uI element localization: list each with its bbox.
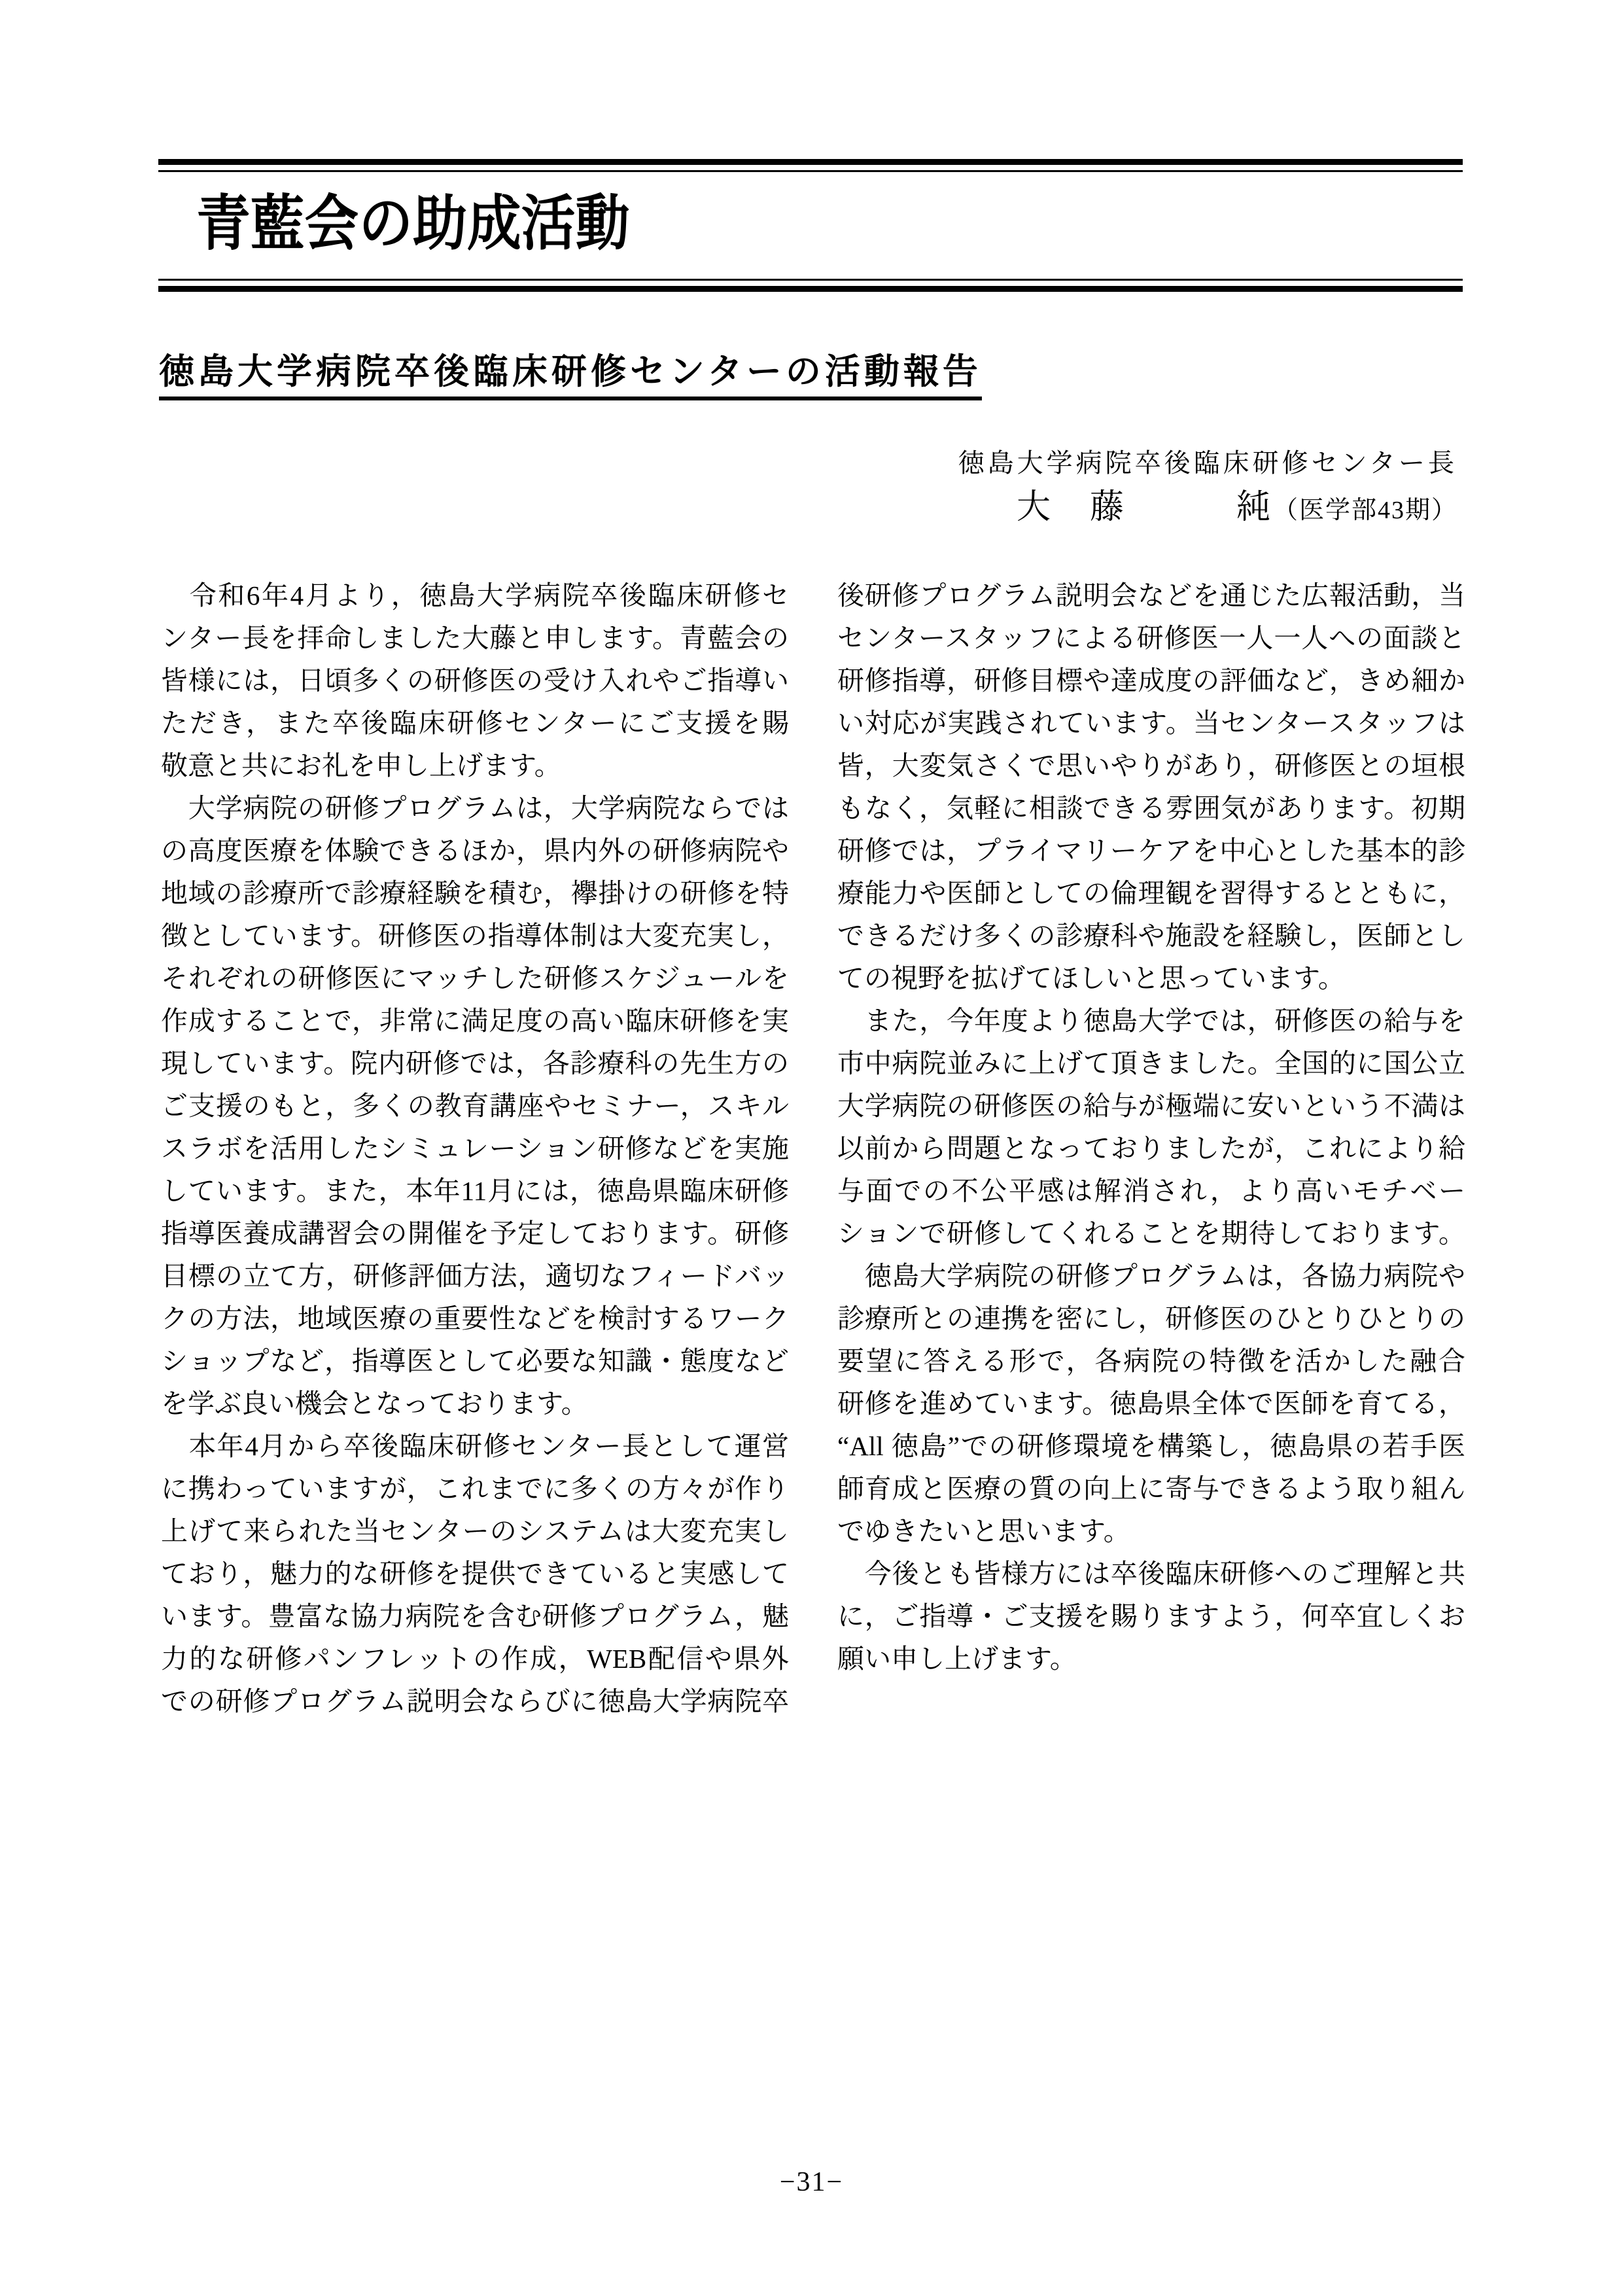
text-line: 本年4月から卒後臨床研修センター長として運営 bbox=[161, 1425, 789, 1468]
text-line: 療能力や医師としての倫理観を習得するとともに， bbox=[837, 872, 1465, 915]
text-line: ご支援のもと，多くの教育講座やセミナー，スキル bbox=[161, 1085, 789, 1127]
text-line: 大学病院の研修医の給与が極端に安いという不満は bbox=[837, 1085, 1465, 1127]
text-line: 大学病院の研修プログラムは，大学病院ならでは bbox=[161, 787, 789, 830]
text-line: クの方法，地域医療の重要性などを検討するワーク bbox=[161, 1298, 789, 1340]
text-line: 与面での不公平感は解消され，より高いモチベー bbox=[837, 1170, 1465, 1212]
header-rule-bottom-thick bbox=[158, 286, 1463, 292]
text-line: 以前から問題となっておりましたが，これにより給 bbox=[837, 1127, 1465, 1170]
text-line: 皆，大変気さくで思いやりがあり，研修医との垣根 bbox=[837, 745, 1465, 787]
text-line: それぞれの研修医にマッチした研修スケジュールを bbox=[161, 957, 789, 1000]
text-line: ショップなど，指導医として必要な知識・態度など bbox=[161, 1340, 789, 1383]
text-line: 敬意と共にお礼を申し上げます。 bbox=[161, 745, 789, 787]
text-line: 徴としています。研修医の指導体制は大変充実し， bbox=[161, 915, 789, 957]
text-line: 市中病院並みに上げて頂きました。全国的に国公立 bbox=[837, 1042, 1465, 1085]
text-line: 令和6年4月より，徳島大学病院卒後臨床研修セ bbox=[161, 574, 789, 617]
text-line: ンター長を拝命しました大藤と申します。青藍会の bbox=[161, 617, 789, 660]
text-line: 力的な研修パンフレットの作成，WEB配信や県外 bbox=[161, 1638, 789, 1680]
text-line: スラボを活用したシミュレーション研修などを実施 bbox=[161, 1127, 789, 1170]
text-line: 師育成と医療の質の向上に寄与できるよう取り組ん bbox=[837, 1468, 1465, 1510]
text-line: ションで研修してくれることを期待しております。 bbox=[837, 1212, 1465, 1255]
text-line: 地域の診療所で診療経験を積む，襷掛けの研修を特 bbox=[161, 872, 789, 915]
text-line: 上げて来られた当センターのシステムは大変充実し bbox=[161, 1510, 789, 1553]
text-line: 研修指導，研修目標や達成度の評価など，きめ細か bbox=[837, 660, 1465, 702]
author-note: （医学部43期） bbox=[1273, 497, 1457, 524]
text-line: に携わっていますが，これまでに多くの方々が作り bbox=[161, 1468, 789, 1510]
text-line: ており，魅力的な研修を提供できていると実感して bbox=[161, 1553, 789, 1595]
author-block: 徳島大学病院卒後臨床研修センター長 大 藤 純（医学部43期） bbox=[958, 449, 1457, 526]
page: 青藍会の助成活動 徳島大学病院卒後臨床研修センターの活動報告 徳島大学病院卒後臨… bbox=[0, 0, 1623, 2296]
text-line: 願い申し上げます。 bbox=[837, 1638, 1465, 1680]
text-line: 今後とも皆様方には卒後臨床研修へのご理解と共 bbox=[837, 1553, 1465, 1595]
left-column: 令和6年4月より，徳島大学病院卒後臨床研修センター長を拝命しました大藤と申します… bbox=[161, 574, 789, 1723]
text-line: 現しています。院内研修では，各診療科の先生方の bbox=[161, 1042, 789, 1085]
text-line: もなく，気軽に相談できる雰囲気があります。初期 bbox=[837, 787, 1465, 830]
text-line: ただき，また卒後臨床研修センターにご支援を賜り， bbox=[161, 702, 789, 745]
text-line: 診療所との連携を密にし，研修医のひとりひとりの bbox=[837, 1298, 1465, 1340]
header-rule-bottom-thin bbox=[158, 279, 1463, 281]
text-line: 作成することで，非常に満足度の高い臨床研修を実 bbox=[161, 1000, 789, 1042]
author-name-line: 大 藤 純（医学部43期） bbox=[958, 489, 1457, 526]
text-line: います。豊富な協力病院を含む研修プログラム，魅 bbox=[161, 1595, 789, 1638]
text-line: 皆様には，日頃多くの研修医の受け入れやご指導い bbox=[161, 660, 789, 702]
text-line: 研修では，プライマリーケアを中心とした基本的診 bbox=[837, 830, 1465, 872]
article-title: 徳島大学病院卒後臨床研修センターの活動報告 bbox=[159, 353, 982, 400]
text-line: 後研修プログラム説明会などを通じた広報活動，当 bbox=[837, 574, 1465, 617]
text-line: 指導医養成講習会の開催を予定しております。研修 bbox=[161, 1212, 789, 1255]
text-line: を学ぶ良い機会となっております。 bbox=[161, 1383, 789, 1425]
text-line: の高度医療を体験できるほか，県内外の研修病院や bbox=[161, 830, 789, 872]
text-line: “All 徳島”での研修環境を構築し，徳島県の若手医 bbox=[837, 1425, 1465, 1468]
text-line: ての視野を拡げてほしいと思っています。 bbox=[837, 957, 1465, 1000]
text-line: しています。また，本年11月には，徳島県臨床研修 bbox=[161, 1170, 789, 1212]
text-line: 要望に答える形で，各病院の特徴を活かした融合 bbox=[837, 1340, 1465, 1383]
text-line: センタースタッフによる研修医一人一人への面談と bbox=[837, 617, 1465, 660]
text-line: でゆきたいと思います。 bbox=[837, 1510, 1465, 1553]
text-line: また，今年度より徳島大学では，研修医の給与を bbox=[837, 1000, 1465, 1042]
page-title: 青藍会の助成活動 bbox=[196, 194, 629, 254]
author-role: 徳島大学病院卒後臨床研修センター長 bbox=[958, 449, 1457, 478]
header-rule-top-thick bbox=[158, 159, 1463, 165]
text-line: できるだけ多くの診療科や施設を経験し，医師とし bbox=[837, 915, 1465, 957]
right-column: 後研修プログラム説明会などを通じた広報活動，当センタースタッフによる研修医一人一… bbox=[837, 574, 1465, 1680]
text-line: 研修を進めています。徳島県全体で医師を育てる， bbox=[837, 1383, 1465, 1425]
text-line: での研修プログラム説明会ならびに徳島大学病院卒 bbox=[161, 1680, 789, 1723]
header-rule-top-thin bbox=[158, 170, 1463, 172]
text-line: 徳島大学病院の研修プログラムは，各協力病院や bbox=[837, 1255, 1465, 1298]
text-line: 目標の立て方，研修評価方法，適切なフィードバッ bbox=[161, 1255, 789, 1298]
page-number: −31− bbox=[0, 2164, 1623, 2200]
text-line: い対応が実践されています。当センタースタッフは bbox=[837, 702, 1465, 745]
author-name: 大 藤 純 bbox=[1017, 489, 1273, 526]
text-line: に，ご指導・ご支援を賜りますよう，何卒宜しくお bbox=[837, 1595, 1465, 1638]
